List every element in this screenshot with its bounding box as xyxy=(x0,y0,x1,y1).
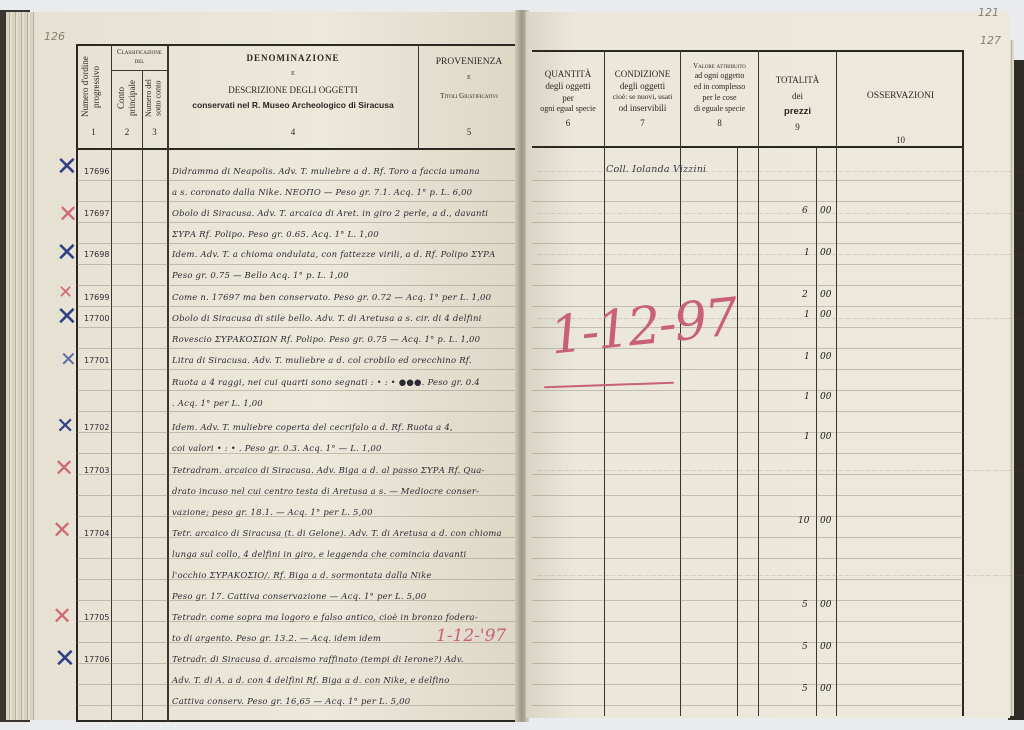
red-check-mark: ✕ xyxy=(54,456,74,480)
header-col6-line: degli oggetti xyxy=(532,80,604,92)
ruled-line xyxy=(532,600,964,601)
entry-number: 17703 xyxy=(84,466,109,475)
header-col9-line: dei xyxy=(759,90,836,102)
ruled-line xyxy=(76,201,520,202)
entry-number: 17705 xyxy=(84,613,109,622)
price-lire: 5 xyxy=(802,684,808,694)
header-col1-num: 1 xyxy=(76,126,111,138)
entry-line: Obolo di Siracusa. Adv. T. arcaica di Ar… xyxy=(172,209,488,219)
show-through-text: ~~~~~~~~~~~~~~~~~~~~~~~~~~~~~~~~~~~~~~~~… xyxy=(536,250,1024,259)
header-osservazioni: OSSERVAZIONI xyxy=(837,90,964,103)
price-cent: 00 xyxy=(820,684,831,694)
entry-line: lunga sul collo, 4 delfini in giro, e le… xyxy=(172,550,466,560)
entry-line: Tetradr. come sopra ma logoro e falso an… xyxy=(172,613,478,623)
entry-line: Peso gr. 0.75 — Bello Acq. 1° p. L. 1,00 xyxy=(172,271,349,281)
entry-line: coi valori • : • . Peso gr. 0.3. Acq. 1°… xyxy=(172,444,382,454)
header-provenienza: PROVENIENZA xyxy=(419,56,519,69)
price-lire: 1 xyxy=(804,392,810,402)
price-lire: 1 xyxy=(804,310,810,320)
header-col2-num: 2 xyxy=(112,126,142,138)
entry-number: 17702 xyxy=(84,423,109,432)
header-col6: QUANTITÀ degli oggetti per ogni egual sp… xyxy=(532,68,604,129)
entry-line: Idem. Adv. T. a chioma ondulata, con fat… xyxy=(172,250,495,260)
entry-line: to di argento. Peso gr. 13.2. — Acq. ide… xyxy=(172,634,381,644)
ruled-line xyxy=(532,201,964,202)
entry-line: Didramma di Neapolis. Adv. T. muliebre a… xyxy=(172,167,480,177)
entry-number: 17697 xyxy=(84,209,109,218)
header-col7-line: cioè: se nuovi, usati xyxy=(605,92,680,102)
ruled-line xyxy=(532,222,964,223)
col-divider xyxy=(604,50,605,716)
header-col5-num: 5 xyxy=(419,126,519,138)
price-lire: 5 xyxy=(802,600,808,610)
header-titoli: Titoli Giustificativi xyxy=(419,92,519,101)
entry-number: 17706 xyxy=(84,655,109,664)
entry-line: Adv. T. di A. a d. con 4 delfini Rf. Big… xyxy=(172,676,450,686)
header-col8-line: di eguale specie xyxy=(681,104,758,115)
header-col9-line: prezzi xyxy=(759,106,836,119)
entry-number: 17696 xyxy=(84,167,109,176)
ruled-line xyxy=(532,369,964,370)
entry-line: Come n. 17697 ma ben conservato. Peso gr… xyxy=(172,293,491,303)
entry-line: Tetr. arcaico di Siracusa (t. di Gelone)… xyxy=(172,529,502,539)
entry-line: a s. coronato dalla Nike. NEOΠO — Peso g… xyxy=(172,188,472,198)
ruled-line xyxy=(76,390,520,391)
header-col5-e: E xyxy=(419,74,519,82)
price-lire: 1 xyxy=(804,352,810,362)
blue-check-mark: ✕ xyxy=(56,240,78,266)
header-col8-num: 8 xyxy=(681,117,758,129)
entry-line: Tetradr. di Siracusa d. arcaismo raffina… xyxy=(172,655,464,665)
entry-line: ΣΥΡΑ Rf. Polipo. Peso gr. 0.65. Acq. 1° … xyxy=(172,230,379,240)
entry-line: Tetradram. arcaico di Siracusa. Adv. Big… xyxy=(172,466,485,476)
show-through-text: ~~~~~~~~~~~~~~~~~~~~~~~~~~~~~~~~~~~~~~~~… xyxy=(536,466,1024,475)
left-page-number: 126 xyxy=(44,30,65,43)
header-classification: Classificazione del xyxy=(112,48,167,67)
header-col9-num: 9 xyxy=(759,121,836,133)
header-col7-line: CONDIZIONE xyxy=(605,68,680,80)
header-col7: CONDIZIONE degli oggetti cioè: se nuovi,… xyxy=(605,68,680,129)
col-divider xyxy=(680,50,681,716)
price-cent: 00 xyxy=(820,310,831,320)
header-col4-num: 4 xyxy=(168,126,418,138)
price-cent: 00 xyxy=(820,392,831,402)
ruled-line xyxy=(76,306,520,307)
right-page-number: 127 xyxy=(980,34,1001,47)
show-through-text: ~~~~~~~~~~~~~~~~~~~~~~~~~~~~~~~~~~~~~~~~… xyxy=(536,571,1024,580)
header-col8-line: ed in complesso xyxy=(681,82,758,93)
entry-number: 17701 xyxy=(84,356,109,365)
header-col10-num: 10 xyxy=(837,134,964,146)
header-col6-line: per xyxy=(532,92,604,104)
ruled-line xyxy=(532,285,964,286)
price-cent: 00 xyxy=(820,248,831,258)
price-cent: 00 xyxy=(820,290,831,300)
header-col2: Conto principale xyxy=(116,74,140,122)
price-cent: 00 xyxy=(820,206,831,216)
ruled-line xyxy=(532,516,964,517)
price-cent: 00 xyxy=(820,516,831,526)
blue-check-mark: ✕ xyxy=(54,646,76,672)
blue-check-mark: ✕ xyxy=(56,416,74,438)
header-col4-e: E xyxy=(168,70,418,78)
header-col1: Numero d'ordine progressivo xyxy=(80,52,108,122)
ruled-line xyxy=(532,453,964,454)
ruled-line xyxy=(532,264,964,265)
ruled-line xyxy=(76,348,520,349)
ruled-line xyxy=(532,411,964,412)
entry-line: Ruota a 4 raggi, nei cui quarti sono seg… xyxy=(172,378,480,388)
header-col3: Numero del sotto conto xyxy=(144,74,166,122)
entry-number: 17698 xyxy=(84,250,109,259)
page-edges-left xyxy=(6,12,40,720)
blue-check-mark: ✕ xyxy=(56,154,78,180)
header-col9-line: TOTALITÀ xyxy=(759,74,836,86)
entry-line: l'occhio ΣΥΡΑΚΟΣΙΟ/. Rf. Biga a d. sormo… xyxy=(172,571,432,581)
ruled-line xyxy=(76,327,520,328)
price-lire: 1 xyxy=(804,432,810,442)
red-check-mark: ✕ xyxy=(58,284,73,302)
provenance-note: Coll. Iolanda Vizzini xyxy=(606,164,706,175)
ruled-line xyxy=(532,621,964,622)
header-denominazione: DENOMINAZIONE xyxy=(168,52,418,64)
ruled-line xyxy=(532,243,964,244)
show-through-text: ~~~~~~~~~~~~~~~~~~~~~~~~~~~~~~~~~~~~~~~~… xyxy=(536,209,1024,218)
price-lire: 5 xyxy=(802,642,808,652)
entry-line: vazione; peso gr. 18.1. — Acq. 1° per L.… xyxy=(172,508,373,518)
ruled-line xyxy=(532,684,964,685)
header-col8-line: per le cose xyxy=(681,93,758,104)
header-col6-line: QUANTITÀ xyxy=(532,68,604,80)
right-page: 121 127 QUANTITÀ degli oggetti per ogni … xyxy=(526,12,1010,718)
red-check-mark: ✕ xyxy=(52,518,72,542)
ruled-line xyxy=(76,264,520,265)
header-descrizione: DESCRIZIONE DEGLI OGGETTI xyxy=(168,84,418,96)
header-col6-line: ogni egual specie xyxy=(532,104,604,115)
classification-divider xyxy=(111,70,167,71)
red-pencil-date-left: 1-12-'97 xyxy=(436,626,506,646)
ruled-line xyxy=(532,663,964,664)
ruled-line xyxy=(76,411,520,412)
entry-line: drato incuso nel cui centro testa di Are… xyxy=(172,487,479,497)
col-divider xyxy=(142,70,143,722)
price-cent: 00 xyxy=(820,642,831,652)
ruled-line xyxy=(76,180,520,181)
blue-check-mark: ✕ xyxy=(60,349,77,369)
entry-number: 17699 xyxy=(84,293,109,302)
price-lire: 6 xyxy=(802,206,808,216)
header-col7-line: od inservibili xyxy=(605,102,680,114)
header-col8-line: Valore attribuito xyxy=(681,62,758,71)
ruled-line xyxy=(76,285,520,286)
header-museum: conservati nel R. Museo Archeologico di … xyxy=(168,100,418,111)
price-cent: 00 xyxy=(820,352,831,362)
entry-number: 17704 xyxy=(84,529,109,538)
ruled-line xyxy=(532,642,964,643)
col-divider xyxy=(836,50,837,716)
price-lire: 1 xyxy=(804,248,810,258)
header-col6-num: 6 xyxy=(532,117,604,129)
open-ledger-book: 126 Numero d'ordine progressivo 1 Classi… xyxy=(0,0,1024,730)
right-table-frame xyxy=(532,50,964,716)
col-divider xyxy=(758,50,759,716)
left-page: 126 Numero d'ordine progressivo 1 Classi… xyxy=(36,12,518,720)
header-col7-num: 7 xyxy=(605,117,680,129)
header-col9: TOTALITÀ dei prezzi 9 xyxy=(759,74,836,133)
ruled-line xyxy=(532,558,964,559)
ruled-line xyxy=(532,705,964,706)
entry-line: Litra di Siracusa. Adv. T. muliebre a d.… xyxy=(172,356,472,366)
price-lire: 2 xyxy=(802,290,808,300)
ruled-line xyxy=(532,390,964,391)
entry-number: 17700 xyxy=(84,314,109,323)
entry-line: Idem. Adv. T. muliebre coperta del cecri… xyxy=(172,423,453,433)
blue-check-mark: ✕ xyxy=(56,304,78,330)
ruled-line xyxy=(532,432,964,433)
ruled-line xyxy=(532,495,964,496)
header-col8: Valore attribuito ad ogni oggetto ed in … xyxy=(681,62,758,129)
entry-line: Peso gr. 17. Cattiva conservazione — Acq… xyxy=(172,592,426,602)
entry-line: Obolo di Siracusa di stile bello. Adv. T… xyxy=(172,314,482,324)
ruled-line xyxy=(76,222,520,223)
price-lire: 10 xyxy=(798,516,809,526)
entry-line: Rovescio ΣΥΡΑΚΟΣΙΩΝ Rf. Polipo. Peso gr.… xyxy=(172,335,480,345)
price-cent: 00 xyxy=(820,432,831,442)
entry-line: Cattiva conserv. Peso gr. 16,65 — Acq. 1… xyxy=(172,697,410,707)
header-col3-num: 3 xyxy=(142,126,167,138)
red-check-mark: ✕ xyxy=(52,604,72,628)
ruled-line xyxy=(532,537,964,538)
red-check-mark: ✕ xyxy=(58,202,78,226)
header-col8-line: ad ogni oggetto xyxy=(681,71,758,82)
ruled-line xyxy=(76,369,520,370)
price-cent: 00 xyxy=(820,600,831,610)
header-col7-line: degli oggetti xyxy=(605,80,680,92)
ruled-line xyxy=(76,243,520,244)
entry-line: . Acq. 1° per L. 1,00 xyxy=(172,399,263,409)
ruled-line xyxy=(532,180,964,181)
right-page-top-number: 121 xyxy=(978,6,999,19)
